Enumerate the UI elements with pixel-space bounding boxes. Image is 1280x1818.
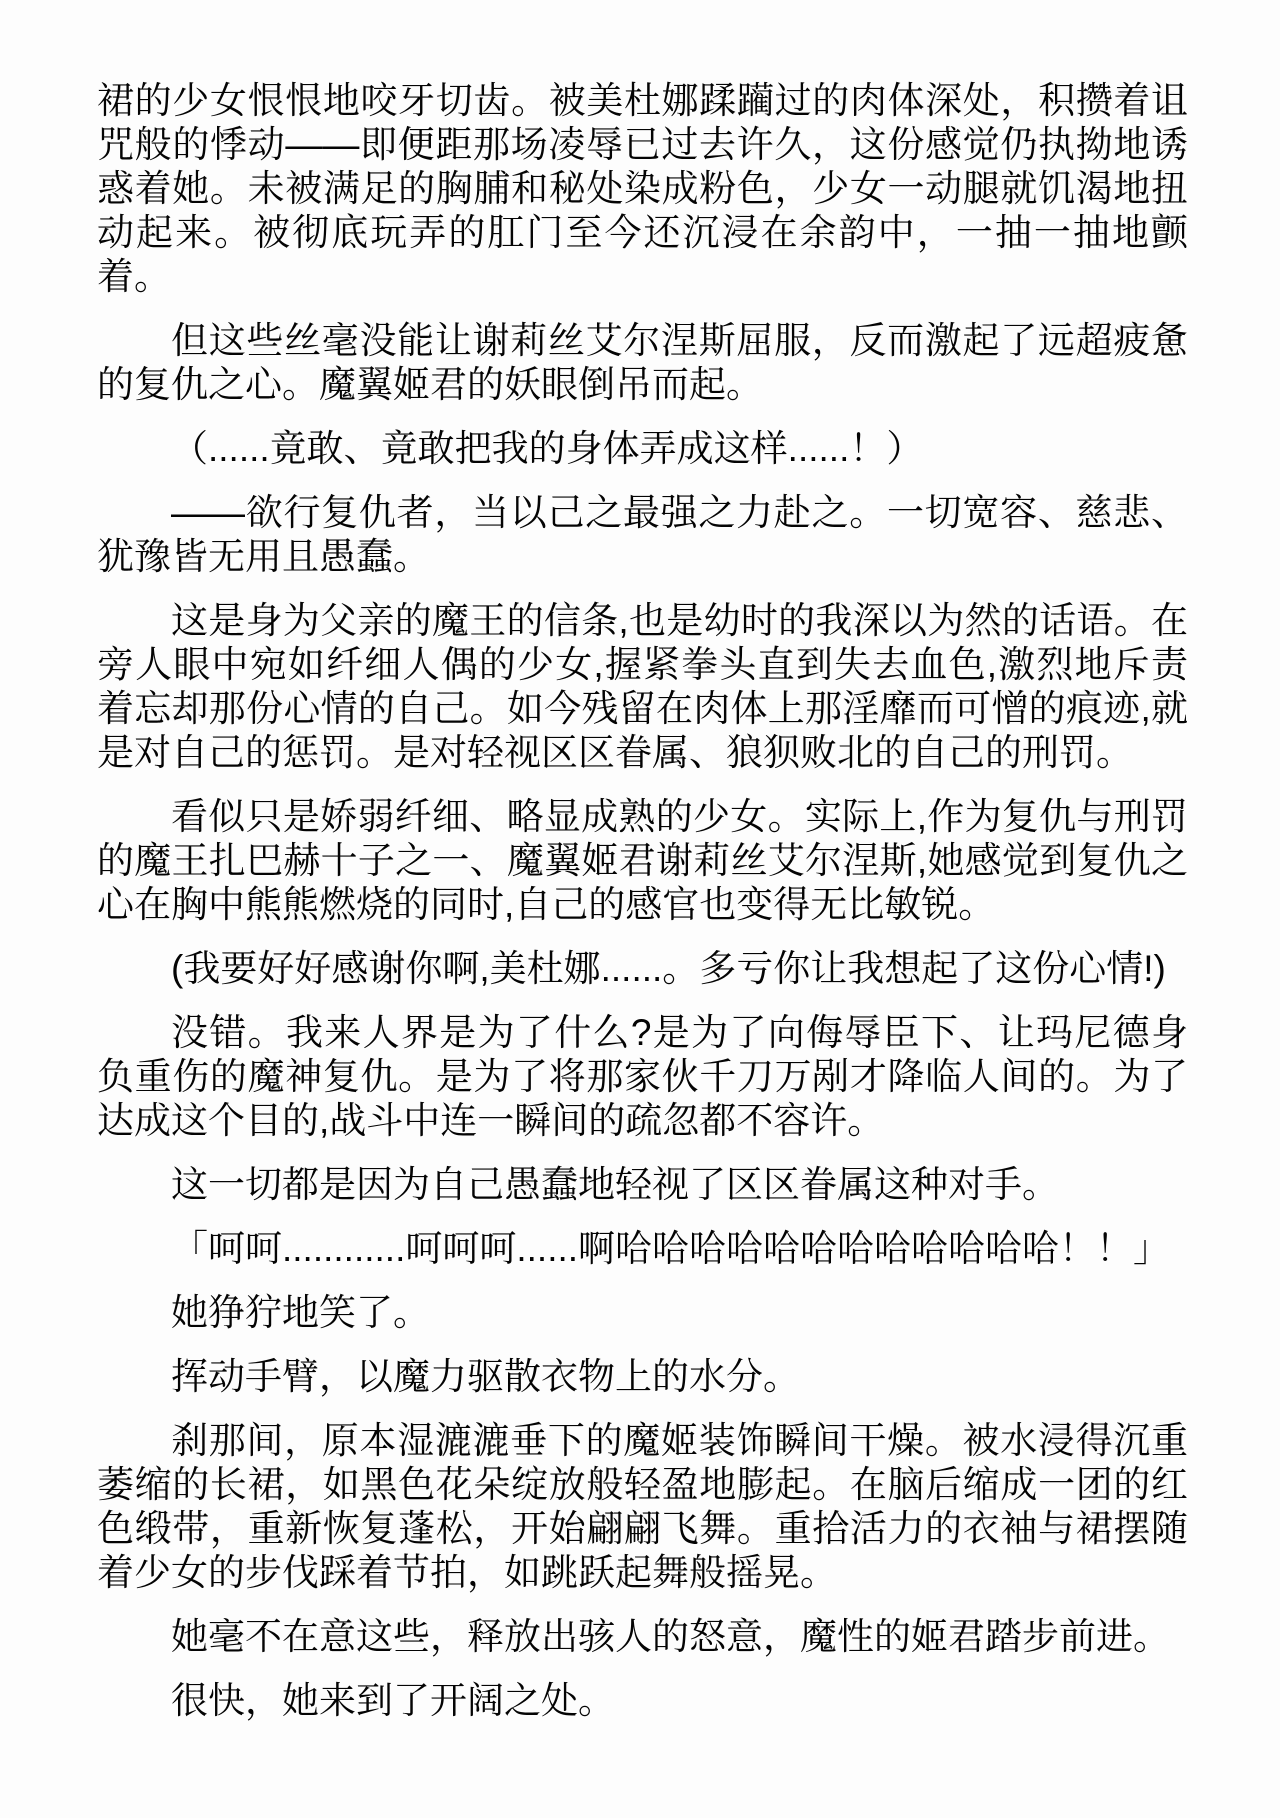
paragraph: 挥动手臂，以魔力驱散衣物上的水分。	[97, 1355, 1188, 1399]
paragraph: 这一切都是因为自己愚蠢地轻视了区区眷属这种对手。	[97, 1163, 1188, 1207]
paragraph: 但这些丝毫没能让谢莉丝艾尔涅斯屈服，反而激起了远超疲惫的复仇之心。魔翼姬君的妖眼…	[97, 319, 1188, 407]
paragraph: 她狰狞地笑了。	[97, 1291, 1188, 1335]
paragraph: （......竟敢、竟敢把我的身体弄成这样......！）	[97, 427, 1188, 471]
text-block: 裙的少女恨恨地咬牙切齿。被美杜娜蹂躏过的肉体深处，积攒着诅咒般的悸动——即便距那…	[97, 79, 1188, 1743]
paragraph: 这是身为父亲的魔王的信条,也是幼时的我深以为然的话语。在旁人眼中宛如纤细人偶的少…	[97, 599, 1188, 775]
paragraph: 刹那间，原本湿漉漉垂下的魔姬装饰瞬间干燥。被水浸得沉重萎缩的长裙，如黑色花朵绽放…	[97, 1419, 1188, 1595]
novel-page: 裙的少女恨恨地咬牙切齿。被美杜娜蹂躏过的肉体深处，积攒着诅咒般的悸动——即便距那…	[0, 0, 1280, 1818]
paragraph: 她毫不在意这些，释放出骇人的怒意，魔性的姬君踏步前进。	[97, 1615, 1188, 1659]
paragraph: 「呵呵............呵呵呵......啊哈哈哈哈哈哈哈哈哈哈哈哈！！」	[97, 1227, 1188, 1271]
paragraph: ——欲行复仇者，当以己之最强之力赴之。一切宽容、慈悲、犹豫皆无用且愚蠢。	[97, 491, 1188, 579]
paragraph: (我要好好感谢你啊,美杜娜......。多亏你让我想起了这份心情!)	[97, 947, 1188, 991]
paragraph: 看似只是娇弱纤细、略显成熟的少女。实际上,作为复仇与刑罚的魔王扎巴赫十子之一、魔…	[97, 795, 1188, 927]
paragraph: 很快，她来到了开阔之处。	[97, 1679, 1188, 1723]
paragraph: 没错。我来人界是为了什么?是为了向侮辱臣下、让玛尼德身负重伤的魔神复仇。是为了将…	[97, 1011, 1188, 1143]
paragraph: 裙的少女恨恨地咬牙切齿。被美杜娜蹂躏过的肉体深处，积攒着诅咒般的悸动——即便距那…	[97, 79, 1188, 299]
